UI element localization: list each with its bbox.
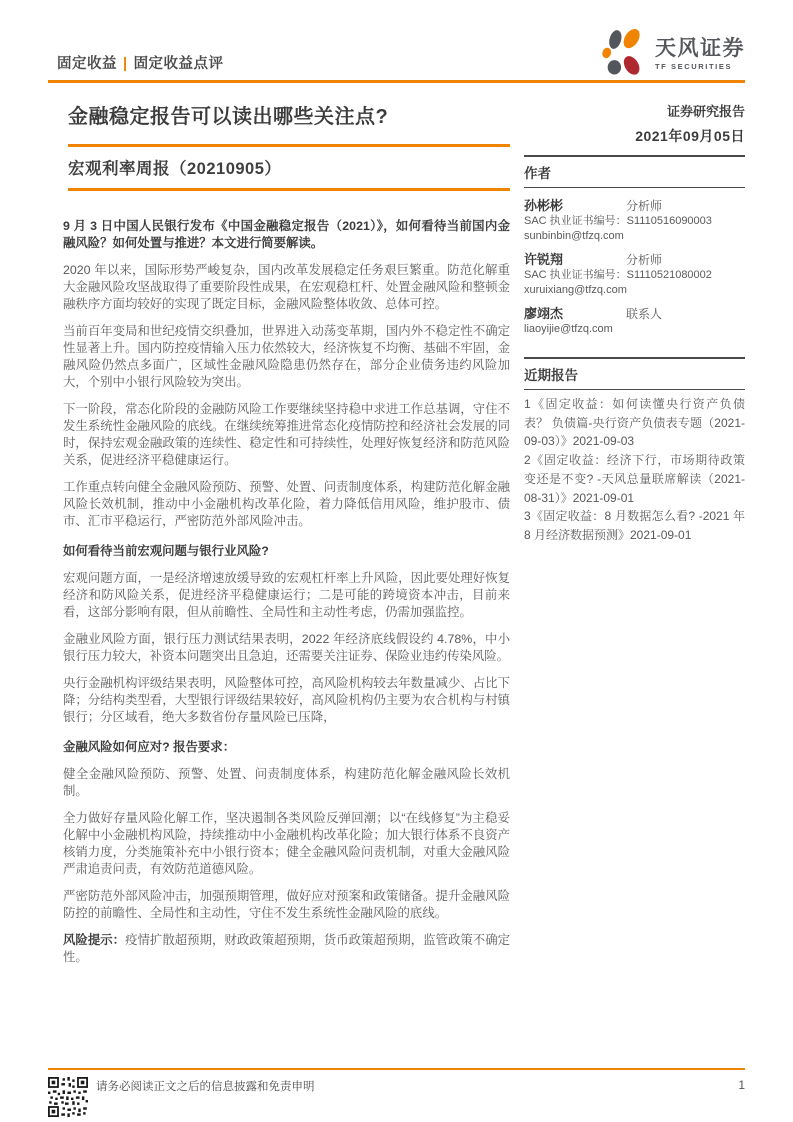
risk-text: 疫情扩散超预期，财政政策超预期，货币政策超预期，监管政策不确定性。 — [63, 933, 510, 964]
tf-securities-logo: 天风证券 TF SECURITIES — [600, 27, 745, 82]
paragraph: 央行金融机构评级结果表明，风险整体可控，高风险机构较去年数量减少、占比下降；分结… — [63, 675, 510, 726]
paragraph: 严密防范外部风险冲击，加强预期管理，做好应对预案和政策储备。提升金融风险防控的前… — [63, 888, 510, 922]
paragraph: 当前百年变局和世纪疫情交织叠加，世界进入动荡变革期，国内外不稳定性不确定性显著上… — [63, 323, 510, 391]
report-page: 固定收益|固定收益点评 天风证券 TF SECURITIES — [0, 0, 793, 1122]
report-category: 固定收益|固定收益点评 — [57, 52, 224, 73]
author-name: 孙彬彬 — [524, 195, 626, 214]
subcategory-label: 固定收益点评 — [134, 56, 224, 72]
abstract-paragraph: 9 月 3 日中国人民银行发布《中国金融稳定报告（2021）》，如何看待当前国内… — [63, 218, 510, 252]
authors-title: 作者 — [524, 155, 745, 188]
category-separator: | — [117, 56, 134, 72]
category-label: 固定收益 — [57, 56, 117, 72]
report-type-label: 证券研究报告 — [524, 101, 745, 120]
section-heading: 如何看待当前宏观问题与银行业风险? — [63, 543, 510, 560]
paragraph: 健全金融风险预防、预警、处置、问责制度体系，构建防范化解金融风险长效机制。 — [63, 766, 510, 800]
qr-code — [48, 1077, 88, 1122]
recent-report-item: 1《固定收益：如何读懂央行资产负债表？ 负债篇-央行资产负债表专题（2021-0… — [524, 395, 745, 451]
section-heading: 金融风险如何应对? 报告要求： — [63, 739, 510, 756]
paragraph: 宏观问题方面，一是经济增速放缓导致的宏观杠杆率上升风险，因此要处理好恢复经济和防… — [63, 570, 510, 621]
sidebar: 证券研究报告 2021年09月05日 作者 孙彬彬 分析师 SAC 执业证书编号… — [524, 83, 745, 545]
author-email: xuruixiang@tfzq.com — [524, 283, 745, 298]
author-entry: 孙彬彬 分析师 SAC 执业证书编号：S1110516090003 sunbin… — [524, 195, 745, 244]
logo-name-cn: 天风证券 — [655, 38, 745, 60]
logo-name-en: TF SECURITIES — [655, 62, 745, 71]
page-header: 固定收益|固定收益点评 天风证券 TF SECURITIES — [48, 38, 745, 83]
author-role: 联系人 — [626, 305, 662, 322]
author-name: 廖翊杰 — [524, 303, 626, 322]
page-footer: 请务必阅读正文之后的信息披露和免责申明 1 — [48, 1068, 745, 1122]
section-title: 宏观利率周报（20210905） — [68, 144, 510, 191]
recent-report-item: 3《固定收益：8 月数据怎么看? -2021 年 8 月经济数据预测》2021-… — [524, 507, 745, 544]
author-email: liaoyijie@tfzq.com — [524, 322, 745, 337]
risk-note: 风险提示：疫情扩散超预期，财政政策超预期，货币政策超预期，监管政策不确定性。 — [63, 932, 510, 966]
author-role: 分析师 — [626, 251, 662, 268]
paragraph: 工作重点转向健全金融风险预防、预警、处置、问责制度体系，构建防范化解金融风险长效… — [63, 479, 510, 530]
author-role: 分析师 — [626, 197, 662, 214]
author-email: sunbinbin@tfzq.com — [524, 229, 745, 244]
recent-report-item: 2《固定收益：经济下行，市场期待政策变还是不变? -天风总量联席解读（2021-… — [524, 451, 745, 507]
author-name: 许锐翔 — [524, 249, 626, 268]
page-number: 1 — [738, 1078, 745, 1092]
paragraph: 金融业风险方面，银行压力测试结果表明，2022 年经济底线假设约 4.78%，中… — [63, 631, 510, 665]
main-column: 金融稳定报告可以读出哪些关注点? 宏观利率周报（20210905） 9 月 3 … — [48, 83, 510, 976]
recent-reports-title: 近期报告 — [524, 357, 745, 390]
page-title: 金融稳定报告可以读出哪些关注点? — [68, 100, 510, 129]
risk-label: 风险提示： — [63, 933, 125, 947]
disclaimer-text: 请务必阅读正文之后的信息披露和免责申明 — [96, 1078, 315, 1094]
logo-petals-icon — [600, 27, 646, 82]
report-date: 2021年09月05日 — [524, 126, 745, 146]
authors-section: 作者 孙彬彬 分析师 SAC 执业证书编号：S1110516090003 sun… — [524, 155, 745, 348]
paragraph: 全力做好存量风险化解工作，坚决遏制各类风险反弹回潮；以“在线修复”为主稳妥化解中… — [63, 810, 510, 878]
logo-wordmark: 天风证券 TF SECURITIES — [655, 38, 745, 71]
author-entry: 许锐翔 分析师 SAC 执业证书编号：S1110521080002 xuruix… — [524, 249, 745, 298]
paragraph: 下一阶段，常态化阶段的金融防风险工作要继续坚持稳中求进工作总基调，守住不发生系统… — [63, 401, 510, 469]
author-cert: SAC 执业证书编号：S1110521080002 — [524, 268, 745, 283]
report-body: 9 月 3 日中国人民银行发布《中国金融稳定报告（2021）》，如何看待当前国内… — [63, 218, 510, 966]
author-cert: SAC 执业证书编号：S1110516090003 — [524, 214, 745, 229]
recent-reports-section: 近期报告 1《固定收益：如何读懂央行资产负债表？ 负债篇-央行资产负债表专题（2… — [524, 357, 745, 545]
author-entry: 廖翊杰 联系人 liaoyijie@tfzq.com — [524, 303, 745, 337]
paragraph: 2020 年以来，国际形势严峻复杂，国内改革发展稳定任务艰巨繁重。防范化解重大金… — [63, 262, 510, 313]
